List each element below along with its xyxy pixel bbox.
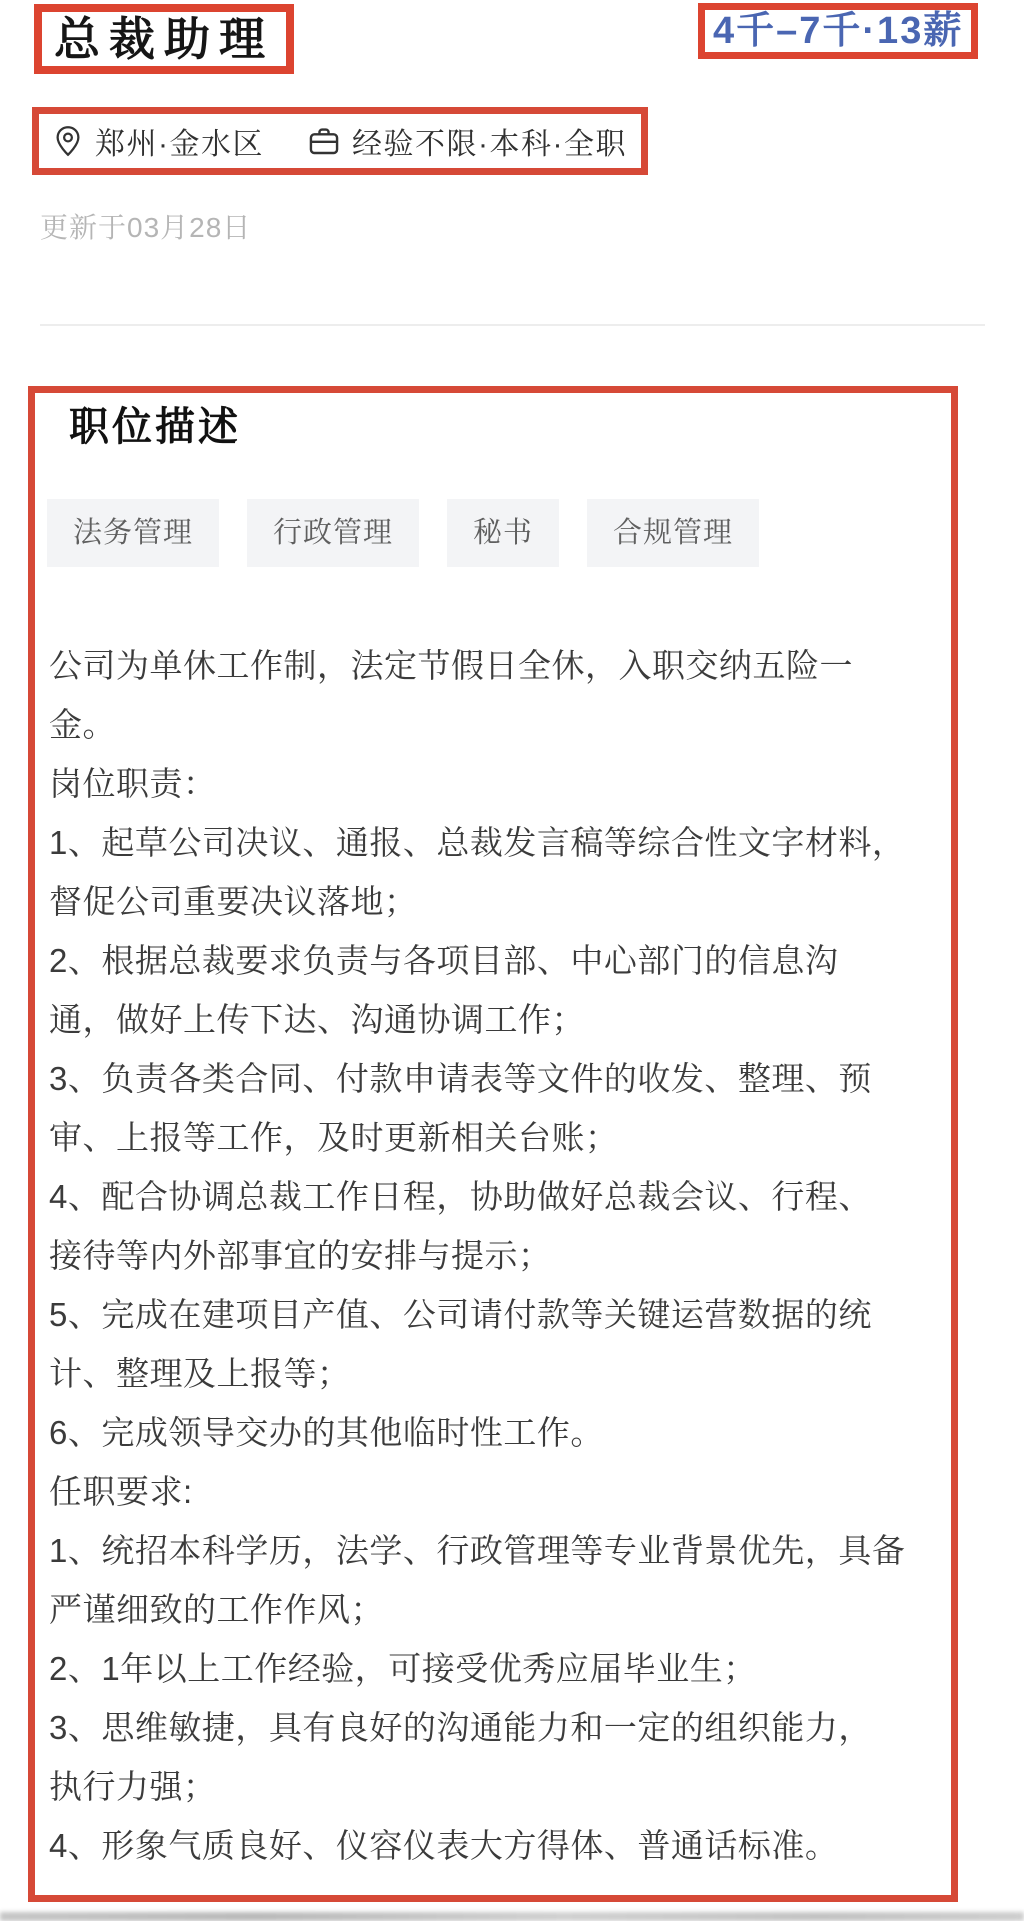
description-line: 6、完成领导交办的其他临时性工作。 xyxy=(49,1403,951,1462)
description-line: 任职要求: xyxy=(49,1462,951,1521)
bottom-cutoff-content xyxy=(0,1912,1024,1921)
description-line: 4、配合协调总裁工作日程，协助做好总裁会议、行程、 xyxy=(49,1167,951,1226)
tag-admin-management: 行政管理 xyxy=(247,499,419,567)
briefcase-icon xyxy=(308,126,340,156)
description-line: 3、负责各类合同、付款申请表等文件的收发、整理、预 xyxy=(49,1049,951,1108)
description-line: 严谨细致的工作作风； xyxy=(49,1580,951,1639)
description-text: 公司为单休工作制，法定节假日全休，入职交纳五险一 金。 岗位职责： 1、起草公司… xyxy=(49,636,951,1875)
description-line: 2、1年以上工作经验，可接受优秀应届毕业生； xyxy=(49,1639,951,1698)
description-line: 5、完成在建项目产值、公司请付款等关键运营数据的统 xyxy=(49,1285,951,1344)
section-divider xyxy=(40,324,985,326)
salary-text: 4千–7千·13薪 xyxy=(713,11,963,51)
tag-secretary: 秘书 xyxy=(447,499,559,567)
map-pin-icon xyxy=(53,124,83,158)
salary-annotation-box: 4千–7千·13薪 xyxy=(698,3,978,59)
description-line: 计、整理及上报等； xyxy=(49,1344,951,1403)
description-line: 2、根据总裁要求负责与各项目部、中心部门的信息沟 xyxy=(49,931,951,990)
description-line: 督促公司重要决议落地； xyxy=(49,872,951,931)
description-line: 3、思维敏捷，具有良好的沟通能力和一定的组织能力， xyxy=(49,1698,951,1757)
job-meta-annotation-box: 郑州·金水区 经验不限·本科·全职 xyxy=(32,107,648,175)
description-line: 4、形象气质良好、仪容仪表大方得体、普通话标准。 xyxy=(49,1816,951,1875)
tag-list: 法务管理 行政管理 秘书 合规管理 xyxy=(47,499,951,567)
description-line: 审、上报等工作，及时更新相关台账； xyxy=(49,1108,951,1167)
location-text: 郑州·金水区 xyxy=(95,119,264,163)
job-description-annotation-box: 职位描述 法务管理 行政管理 秘书 合规管理 公司为单休工作制，法定节假日全休，… xyxy=(28,386,958,1902)
description-line: 1、统招本科学历，法学、行政管理等专业背景优先，具备 xyxy=(49,1521,951,1580)
section-heading: 职位描述 xyxy=(69,405,951,449)
job-detail-page: 总裁助理 4千–7千·13薪 郑州·金水区 经验不限·本科·全职 更新于03月2… xyxy=(0,0,1024,1921)
updated-date: 更新于03月28日 xyxy=(40,210,251,246)
job-title: 总裁助理 xyxy=(54,14,274,64)
description-line: 通，做好上传下达、沟通协调工作； xyxy=(49,990,951,1049)
tag-legal-management: 法务管理 xyxy=(47,499,219,567)
description-line: 金。 xyxy=(49,695,951,754)
job-meta-text: 经验不限·本科·全职 xyxy=(352,119,627,163)
tag-compliance-management: 合规管理 xyxy=(587,499,759,567)
description-line: 接待等内外部事宜的安排与提示； xyxy=(49,1226,951,1285)
description-line: 公司为单休工作制，法定节假日全休，入职交纳五险一 xyxy=(49,636,951,695)
job-title-annotation-box: 总裁助理 xyxy=(34,4,294,74)
description-line: 执行力强； xyxy=(49,1757,951,1816)
description-line: 岗位职责： xyxy=(49,754,951,813)
description-line: 1、起草公司决议、通报、总裁发言稿等综合性文字材料， xyxy=(49,813,951,872)
